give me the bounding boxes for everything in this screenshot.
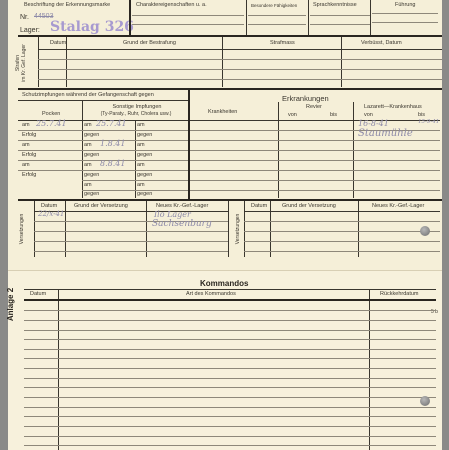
punish-col-strafmass: Strafmass (270, 40, 295, 46)
vacc-row-label: am (84, 162, 92, 168)
identification-label: Beschriftung der Erkennungsmarke (24, 2, 110, 8)
rule (18, 160, 82, 161)
rule (24, 339, 436, 340)
punish-col-verbuesst: Verbüsst, Datum (361, 40, 402, 46)
vacc-row-label: gegen (84, 132, 99, 138)
rule (38, 49, 442, 50)
rule (82, 170, 188, 171)
rule (372, 22, 438, 23)
rule (24, 289, 436, 290)
rule (190, 150, 440, 151)
rule (248, 24, 306, 25)
rule (82, 150, 188, 151)
pocken-date-1: 25.7.41 (36, 119, 67, 128)
rule (190, 140, 440, 141)
pocken-row-label: am (22, 142, 30, 148)
commands-title: Kommandos (200, 279, 248, 288)
rule (24, 349, 436, 350)
rule (190, 190, 440, 191)
hospital-bis-date: 15-9-41 (418, 119, 439, 125)
pocken-row-label: Erfolg (22, 152, 36, 158)
divider (188, 88, 190, 200)
rule (24, 445, 436, 446)
divider (135, 120, 136, 198)
rule (372, 13, 438, 14)
rule (24, 299, 436, 301)
divider (358, 201, 359, 257)
revier-von: von (288, 112, 297, 118)
conduct-label: Führung (395, 2, 416, 8)
vacc-row-label: gegen (84, 191, 99, 197)
pocken-row-label: Erfolg (22, 132, 36, 138)
vacc-date-3: 8.8.41 (100, 159, 125, 168)
transfer-col-grund-2: Grund der Versetzung (282, 203, 336, 209)
fold-line (8, 270, 442, 271)
rule (24, 407, 436, 408)
transfers-side-label-right: Versetzungen (235, 209, 241, 249)
vacc-row-label: am (137, 142, 145, 148)
rule (244, 211, 440, 212)
rule (310, 15, 370, 16)
rule (190, 170, 440, 171)
transfer-col-grund: Grund der Versetzung (74, 203, 128, 209)
vacc-row-label: am (84, 182, 92, 188)
vacc-row-label: gegen (137, 172, 152, 178)
divider (34, 201, 35, 257)
divider (146, 201, 147, 257)
vacc-row-label: am (84, 122, 92, 128)
vacc-row-label: gegen (137, 191, 152, 197)
section-divider (18, 35, 442, 37)
divider (308, 0, 309, 35)
hospital-bis: bis (418, 112, 425, 118)
commands-col-return: Rückkehrdatum (380, 291, 419, 297)
vacc-row-label: am (137, 122, 145, 128)
commands-col-datum: Datum (30, 291, 46, 297)
punish-col-datum: Datum (50, 40, 66, 46)
rule (18, 130, 82, 131)
rule (34, 241, 228, 242)
commands-col-art: Art des Kommandos (186, 291, 236, 297)
stalag-stamp: Stalag 326 (50, 19, 134, 35)
punch-hole (420, 396, 430, 406)
rule (244, 241, 440, 242)
rule (24, 378, 436, 379)
divider (65, 201, 66, 257)
pocken-header: Pocken (42, 111, 60, 117)
rule (24, 436, 436, 437)
rule (24, 320, 436, 321)
rule (244, 231, 440, 232)
rule (24, 358, 436, 359)
vacc-row-label: am (137, 182, 145, 188)
vacc-date-1: 25.7.41 (96, 119, 127, 128)
other-vacc-header: Sonstige Impfungen (88, 104, 186, 110)
rule (190, 180, 440, 181)
rule (18, 150, 82, 151)
hospital-place: Staumühle (358, 128, 413, 139)
illnesses-title: Erkrankungen (282, 94, 329, 103)
divider (228, 201, 229, 257)
rule (82, 130, 188, 131)
rule (82, 160, 188, 161)
rule (248, 15, 306, 16)
section-divider (18, 199, 442, 201)
section-divider (18, 88, 442, 90)
anlage-label: Anlage 2 (6, 288, 15, 321)
rule (82, 180, 188, 181)
vacc-row-label: am (84, 142, 92, 148)
hospital-von: von (364, 112, 373, 118)
pocken-row-label: am (22, 122, 30, 128)
divider (244, 201, 245, 257)
punch-hole (420, 226, 430, 236)
hospital-von-date: 16-8-41 (358, 119, 389, 128)
rule (24, 397, 436, 398)
rule (18, 140, 82, 141)
transfer-date: 22/x-41 (38, 210, 64, 218)
character-label: Charaktereigenschaften u. a. (136, 2, 207, 8)
document-sheet: Beschriftung der Erkennungsmarke Nr. 445… (8, 0, 442, 450)
diseases-header: Krankheiten (208, 109, 237, 115)
rule (34, 231, 228, 232)
revier-bis: bis (330, 112, 337, 118)
rule (18, 100, 188, 101)
vacc-row-label: am (137, 162, 145, 168)
rule (190, 160, 440, 161)
rule (24, 310, 436, 311)
vacc-date-2: 1.8.41 (100, 139, 125, 148)
rule (34, 251, 228, 252)
vaccinations-title: Schutzimpfungen während der Gefangenscha… (22, 92, 154, 98)
rule (132, 24, 244, 25)
rule (24, 426, 436, 427)
transfer-col-lager: Neues Kr.-Gef.-Lager (156, 203, 208, 209)
transfer-camp-line-2: Sachsenburg (152, 219, 212, 229)
vacc-row-label: gegen (84, 172, 99, 178)
punishments-side-label: Strafenim Kr. Gef. Lager (15, 38, 27, 88)
rule (38, 59, 442, 60)
punish-col-grund: Grund der Bestrafung (123, 40, 176, 46)
languages-label: Sprachkenntnisse (313, 2, 357, 8)
vacc-row-label: gegen (137, 132, 152, 138)
nr-label: Nr. (20, 14, 29, 21)
rule (132, 15, 244, 16)
divider (246, 0, 247, 35)
transfer-camp-line-1: Ilo Lager (154, 210, 191, 219)
rule (244, 251, 440, 252)
skills-label: Besondere Fähigkeiten (251, 3, 297, 8)
hospital-header: Lazarett—Krankenhaus (364, 104, 422, 110)
rule (24, 368, 436, 369)
pocken-row-label: am (22, 162, 30, 168)
rule (310, 24, 370, 25)
rule (24, 387, 436, 388)
revier-header: Revier (306, 104, 322, 110)
pocken-row-label: Erfolg (22, 172, 36, 178)
divider (370, 0, 371, 35)
rule (244, 221, 440, 222)
divider (129, 0, 131, 36)
rule (24, 330, 436, 331)
lager-label: Lager: (20, 27, 40, 34)
vacc-row-label: gegen (137, 152, 152, 158)
transfer-col-datum-2: Datum (251, 203, 267, 209)
other-vacc-subheader: (Ty-Paraty., Ruhr, Cholera usw.) (84, 111, 188, 117)
transfer-col-lager-2: Neues Kr.-Gef.-Lager (372, 203, 424, 209)
vacc-row-label: gegen (84, 152, 99, 158)
transfer-col-datum: Datum (41, 203, 57, 209)
divider (82, 100, 83, 198)
rule (190, 120, 440, 121)
rule (38, 69, 442, 70)
transfers-side-label-left: Versetzungen (19, 209, 25, 249)
divider (270, 201, 271, 257)
rule (24, 416, 436, 417)
rule (18, 170, 82, 171)
rule (38, 79, 442, 80)
rule (82, 140, 188, 141)
